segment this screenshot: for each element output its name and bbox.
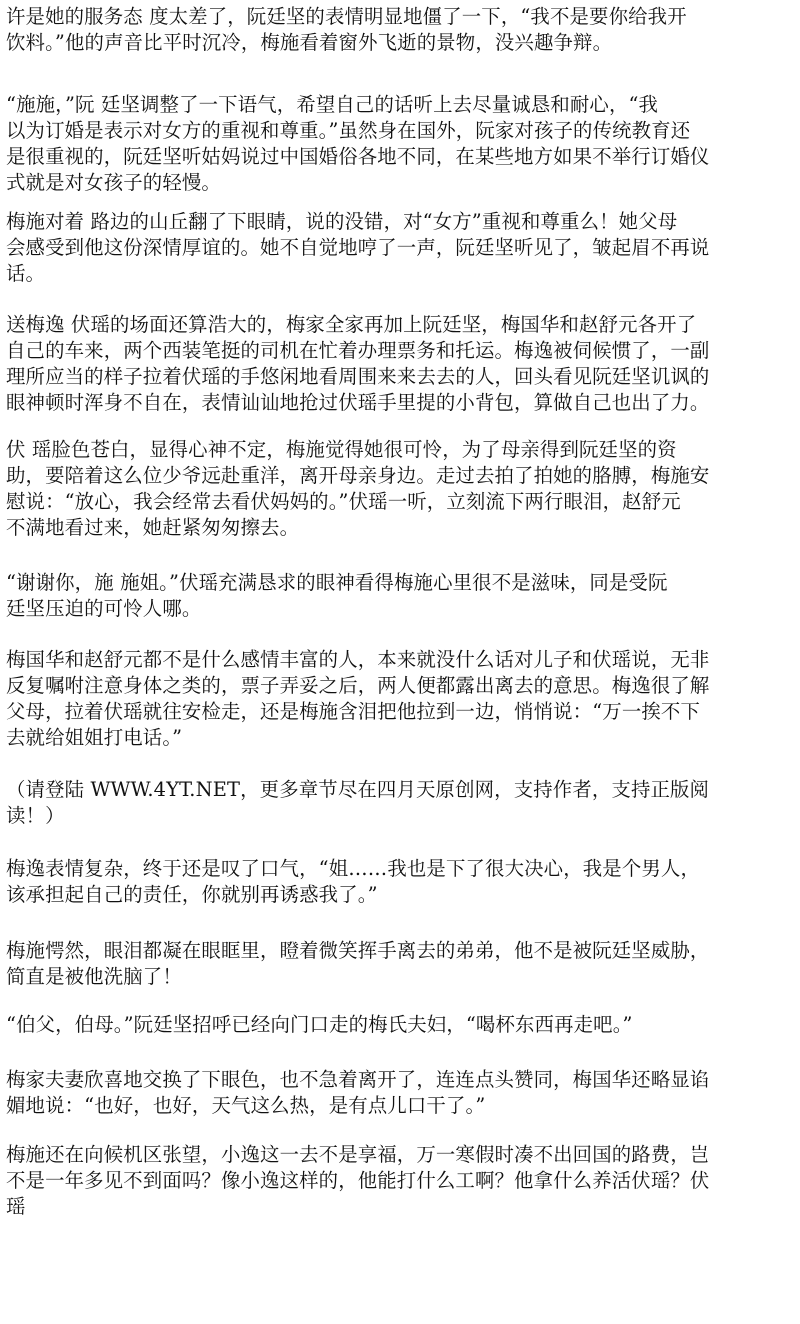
text-line: 慰说：“放心，我会经常去看伏妈妈的。”伏瑶一听，立刻流下两行眼泪，赵舒元 (6, 489, 796, 515)
paragraph-4: 送梅逸 伏瑶的场面还算浩大的，梅家全家再加上阮廷坚，梅国华和赵舒元各开了 自己的… (6, 312, 796, 416)
text-line: 梅施对着 路边的山丘翻了下眼睛，说的没错，对“女方”重视和尊重么！她父母 (6, 209, 796, 235)
text-line: 理所应当的样子拉着伏瑶的手悠闲地看周围来来去去的人，回头看见阮廷坚讥讽的 (6, 364, 796, 390)
text-line: 廷坚压迫的可怜人哪。 (6, 596, 796, 622)
text-line: 梅国华和赵舒元都不是什么感情丰富的人，本来就没什么话对儿子和伏瑶说，无非 (6, 647, 796, 673)
text-line: 眼神顿时浑身不自在，表情讪讪地抢过伏瑶手里提的小背包，算做自己也出了力。 (6, 390, 796, 416)
paragraph-5: 伏 瑶脸色苍白，显得心神不定，梅施觉得她很可怜，为了母亲得到阮廷坚的资 助，要陪… (6, 437, 796, 541)
paragraph-6: “谢谢你，施 施姐。”伏瑶充满恳求的眼神看得梅施心里很不是滋味，同是受阮 廷坚压… (6, 570, 796, 622)
text-line: 媚地说：“也好，也好，天气这么热，是有点儿口干了。” (6, 1093, 796, 1119)
text-line: （请登陆 WWW.4YT.NET，更多章节尽在四月天原创网，支持作者，支持正版阅 (6, 777, 796, 803)
paragraph-7: 梅国华和赵舒元都不是什么感情丰富的人，本来就没什么话对儿子和伏瑶说，无非 反复嘱… (6, 647, 796, 751)
text-line: 该承担起自己的责任，你就别再诱惑我了。” (6, 882, 796, 908)
text-line: 是很重视的，阮廷坚听姑妈说过中国婚俗各地不同，在某些地方如果不举行订婚仪 (6, 144, 796, 170)
paragraph-13: 梅施还在向候机区张望，小逸这一去不是享福，万一寒假时凑不出回国的路费，岂 不是一… (6, 1142, 796, 1220)
text-line: 反复嘱咐注意身体之类的，票子弄妥之后，两人便都露出离去的意思。梅逸很了解 (6, 673, 796, 699)
text-line: 话。 (6, 261, 796, 287)
text-line: 送梅逸 伏瑶的场面还算浩大的，梅家全家再加上阮廷坚，梅国华和赵舒元各开了 (6, 312, 796, 338)
text-line: 伏 瑶脸色苍白，显得心神不定，梅施觉得她很可怜，为了母亲得到阮廷坚的资 (6, 437, 796, 463)
paragraph-3: 梅施对着 路边的山丘翻了下眼睛，说的没错，对“女方”重视和尊重么！她父母 会感受… (6, 209, 796, 287)
paragraph-2: “施施，”阮 廷坚调整了一下语气，希望自己的话听上去尽量诚恳和耐心，“我 以为订… (6, 92, 796, 196)
text-line: 梅施还在向候机区张望，小逸这一去不是享福，万一寒假时凑不出回国的路费，岂 (6, 1142, 796, 1168)
paragraph-10: 梅施愕然，眼泪都凝在眼眶里，瞪着微笑挥手离去的弟弟，他不是被阮廷坚威胁， 简直是… (6, 938, 796, 990)
text-line: 梅施愕然，眼泪都凝在眼眶里，瞪着微笑挥手离去的弟弟，他不是被阮廷坚威胁， (6, 938, 796, 964)
paragraph-1: 许是她的服务态 度太差了，阮廷坚的表情明显地僵了一下，“我不是要你给我开 饮料。… (6, 4, 796, 56)
text-line: 简直是被他洗脑了！ (6, 964, 796, 990)
text-line: 不满地看过来，她赶紧匆匆擦去。 (6, 515, 796, 541)
text-line: 父母，拉着伏瑶就往安检走，还是梅施含泪把他拉到一边，悄悄说：“万一挨不下 (6, 699, 796, 725)
paragraph-11: “伯父，伯母。”阮廷坚招呼已经向门口走的梅氏夫妇，“喝杯东西再走吧。” (6, 1012, 796, 1038)
text-line: 许是她的服务态 度太差了，阮廷坚的表情明显地僵了一下，“我不是要你给我开 (6, 4, 796, 30)
text-line: 不是一年多见不到面吗？像小逸这样的，他能打什么工啊？他拿什么养活伏瑶？伏 (6, 1168, 796, 1194)
paragraph-9: 梅逸表情复杂，终于还是叹了口气，“姐……我也是下了很大决心，我是个男人， 该承担… (6, 856, 796, 908)
text-line: 梅逸表情复杂，终于还是叹了口气，“姐……我也是下了很大决心，我是个男人， (6, 856, 796, 882)
text-line: 饮料。”他的声音比平时沉冷，梅施看着窗外飞逝的景物，没兴趣争辩。 (6, 30, 796, 56)
text-line: 去就给姐姐打电话。” (6, 725, 796, 751)
text-line: “施施，”阮 廷坚调整了一下语气，希望自己的话听上去尽量诚恳和耐心，“我 (6, 92, 796, 118)
text-line: 助，要陪着这么位少爷远赴重洋，离开母亲身边。走过去拍了拍她的胳膊，梅施安 (6, 463, 796, 489)
text-line: 式就是对女孩子的轻慢。 (6, 170, 796, 196)
text-line: “谢谢你，施 施姐。”伏瑶充满恳求的眼神看得梅施心里很不是滋味，同是受阮 (6, 570, 796, 596)
text-line: 读！） (6, 803, 796, 829)
text-line: “伯父，伯母。”阮廷坚招呼已经向门口走的梅氏夫妇，“喝杯东西再走吧。” (6, 1012, 796, 1038)
paragraph-8-site-notice: （请登陆 WWW.4YT.NET，更多章节尽在四月天原创网，支持作者，支持正版阅… (6, 777, 796, 829)
text-line: 梅家夫妻欣喜地交换了下眼色，也不急着离开了，连连点头赞同，梅国华还略显谄 (6, 1067, 796, 1093)
text-line: 瑶 (6, 1194, 796, 1220)
paragraph-12: 梅家夫妻欣喜地交换了下眼色，也不急着离开了，连连点头赞同，梅国华还略显谄 媚地说… (6, 1067, 796, 1119)
text-line: 以为订婚是表示对女方的重视和尊重。”虽然身在国外，阮家对孩子的传统教育还 (6, 118, 796, 144)
text-line: 自己的车来，两个西装笔挺的司机在忙着办理票务和托运。梅逸被伺候惯了，一副 (6, 338, 796, 364)
text-line: 会感受到他这份深情厚谊的。她不自觉地哼了一声，阮廷坚听见了，皱起眉不再说 (6, 235, 796, 261)
